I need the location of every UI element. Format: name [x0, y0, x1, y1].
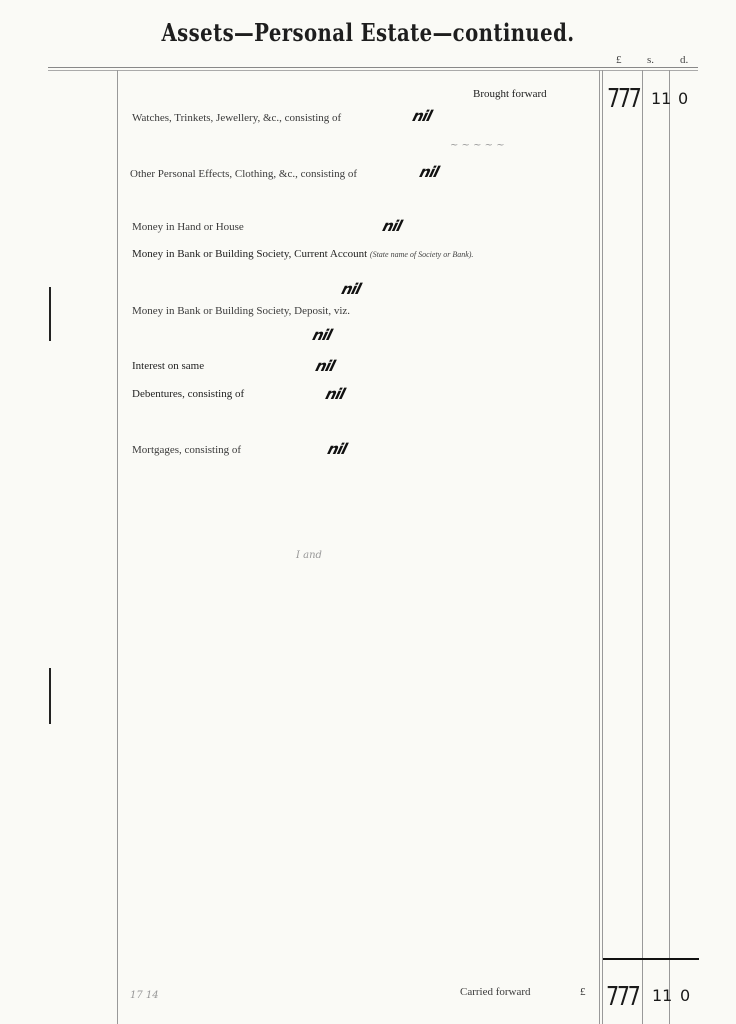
faint-annotation: I and [296, 550, 322, 561]
carried-forward-label: Carried forward [460, 986, 531, 998]
item-label-deposit: Money in Bank or Building Society, Depos… [132, 305, 350, 317]
left-margin-line [117, 70, 118, 1024]
pounds-column-line-inner [602, 70, 603, 1024]
column-header-pence: d. [680, 54, 688, 66]
pence-column-line [669, 70, 670, 1024]
faint-footer-mark: 17 14 [130, 990, 159, 1001]
carried-forward-currency: £ [580, 986, 586, 998]
faint-handwriting: ~ ~ ~ ~ ~ [450, 140, 505, 151]
carried-forward-pence: 0 [680, 986, 690, 1005]
item-entry-current-account: nil [340, 280, 363, 298]
item-label-watches: Watches, Trinkets, Jewellery, &c., consi… [132, 112, 341, 124]
column-header-pounds: £ [616, 54, 622, 66]
item-label-money-in-hand: Money in Hand or House [132, 221, 244, 233]
item-entry-personal-effects: nil [418, 163, 441, 181]
total-rule [603, 958, 699, 960]
pounds-column-line-outer [599, 70, 600, 1024]
header-rule-double [48, 70, 698, 71]
margin-bracket-top [49, 287, 51, 341]
brought-forward-shillings: 11 [651, 89, 671, 108]
carried-forward-pounds: 777 [606, 982, 639, 1012]
item-label-debentures: Debentures, consisting of [132, 388, 244, 400]
margin-bracket-bottom [49, 668, 51, 724]
header-rule [48, 67, 698, 68]
brought-forward-pounds: 777 [607, 84, 640, 114]
item-label-personal-effects: Other Personal Effects, Clothing, &c., c… [130, 168, 357, 180]
item-label-current-account: Money in Bank or Building Society, Curre… [132, 248, 473, 260]
carried-forward-shillings: 11 [652, 986, 672, 1005]
ledger-page: Assets—Personal Estate—continued. £ s. d… [0, 0, 736, 1024]
page-title: Assets—Personal Estate—continued. [66, 18, 670, 47]
current-account-note: (State name of Society or Bank). [370, 250, 474, 259]
current-account-label: Money in Bank or Building Society, Curre… [132, 248, 367, 260]
item-entry-debentures: nil [324, 385, 347, 403]
item-entry-mortgages: nil [326, 440, 349, 458]
item-label-mortgages: Mortgages, consisting of [132, 444, 241, 456]
item-entry-money-in-hand: nil [381, 217, 404, 235]
brought-forward-label: Brought forward [473, 88, 547, 100]
shillings-column-line [642, 70, 643, 1024]
column-header-shillings: s. [647, 54, 654, 66]
item-entry-watches: nil [411, 107, 434, 125]
item-label-interest: Interest on same [132, 360, 204, 372]
item-entry-deposit: nil [311, 326, 334, 344]
brought-forward-pence: 0 [678, 89, 688, 108]
item-entry-interest: nil [314, 357, 337, 375]
